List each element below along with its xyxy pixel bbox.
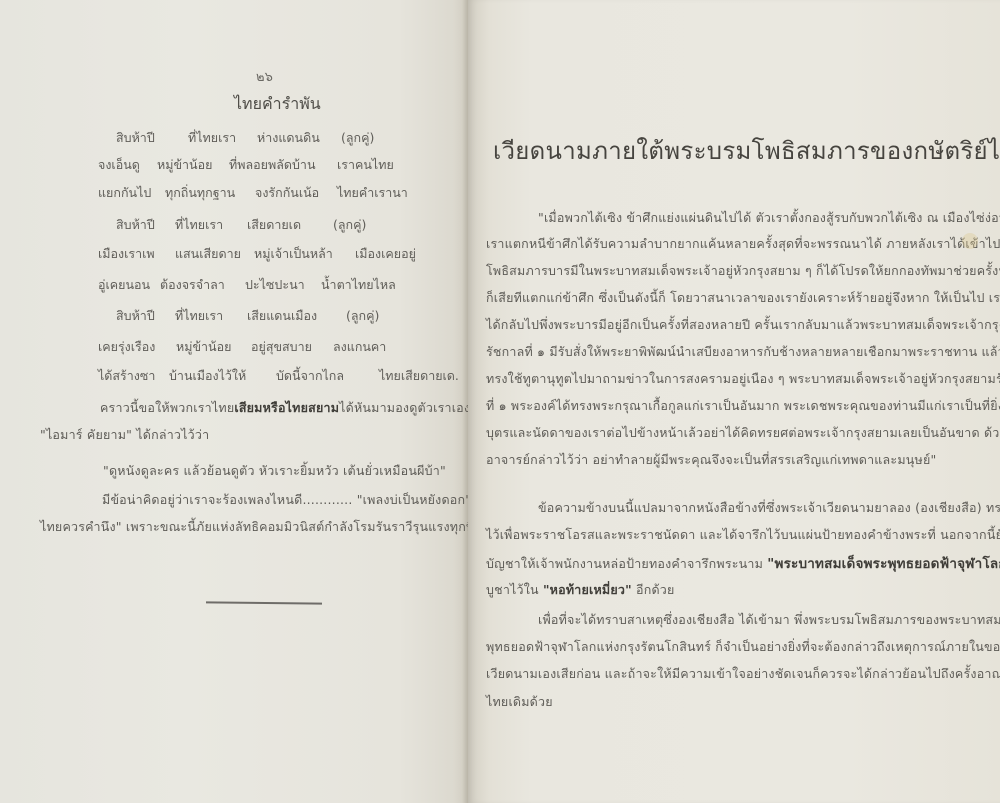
paragraph-line: เวียดนามเองเสียก่อน และถ้าจะให้มีความเข้… (486, 664, 1000, 684)
section-separator-line (206, 601, 322, 604)
poem-line: เคยรุ่งเรือง หมู่ข้าน้อย อยู่สุขสบาย ลงแ… (98, 337, 386, 357)
poem-word: ลงแกนคา (333, 337, 386, 357)
poem-line: อู่เคยนอน ต้องจรจำลา ปะไซปะนา น้ำตาไทยไห… (98, 275, 396, 295)
poem-word: (ลูกคู่) (341, 128, 374, 148)
poem-word: เมืองเคยอยู่ (355, 244, 416, 264)
poem-word: ห่างแดนดิน (257, 128, 341, 148)
poem-line: สิบห้าปี ที่ไทยเรา เสียดายเด (ลูกคู่) (116, 215, 366, 235)
poem-title: ไทยคำรำพัน (234, 92, 321, 117)
right-page: เวียดนามภายใต้พระบรมโพธิสมภารของกษัตริย์… (468, 0, 1000, 803)
paragraph-line: คราวนี้ขอให้พวกเราไทยเสียมหรือไทยสยามได้… (100, 398, 468, 418)
poem-line: ได้สร้างซา บ้านเมืองไว้ให้ บัดนี้จากไกล … (98, 366, 459, 386)
paragraph-line: ที่ ๑ พระองค์ได้ทรงพระกรุณาเกื้อกูลแก่เร… (486, 396, 1000, 416)
paragraph-line: ทรงใช้ทูตานุทูตไปมาถามข่าวในการสงครามอยู… (486, 369, 1000, 389)
bold-text-run: "พระบาทสมเด็จพระพุทธยอดฟ้าจุฬาโลก" (767, 556, 1000, 572)
poem-word: ต้องจรจำลา (160, 275, 245, 295)
paragraph-line: เพื่อที่จะได้ทราบสาเหตุซึ่งองเชียงสือ ได… (538, 610, 1000, 630)
open-book-spread: ๒๖ ไทยคำรำพัน สิบห้าปี ที่ไทยเรา ห่างแดน… (0, 0, 1000, 803)
page-number: ๒๖ (256, 66, 273, 87)
text-run: ได้หันมามองดูตัวเราเองบ้างดังที่ (339, 400, 468, 415)
quote-line: "ดูหนังดูละคร แล้วย้อนดูตัว หัวเราะยิ้มห… (103, 461, 446, 481)
paragraph-line: "เมื่อพวกไต้เซิง ข้าศึกแย่งแผ่นดินไปได้ … (538, 208, 1000, 228)
paragraph-line: เราแตกหนีข้าศึกได้รับความลำบากยากแค้นหลา… (486, 234, 1000, 254)
poem-line: แยกกันไป ทุกถิ่นทุกฐาน จงรักกันเน้อ ไทยค… (98, 183, 408, 203)
poem-word: แยกกันไป (98, 183, 165, 203)
poem-word: ได้สร้างซา (98, 366, 169, 386)
poem-word: ที่พลอยพลัดบ้าน (229, 155, 337, 175)
poem-line: สิบห้าปี ที่ไทยเรา เสียแดนเมือง (ลูกคู่) (116, 306, 379, 326)
text-run: บูชาไว้ใน (486, 582, 543, 597)
poem-word: เสียดายเด (247, 215, 333, 235)
paragraph-line: โพธิสมภารบารมีในพระบาทสมเด็จพระเจ้าอยู่ห… (486, 261, 1000, 281)
poem-word: อยู่สุขสบาย (251, 337, 333, 357)
bold-text-run: เสียมหรือไทยสยาม (234, 400, 339, 415)
poem-word: บ้านเมืองไว้ให้ (169, 366, 276, 386)
poem-word: ปะไซปะนา (245, 275, 321, 295)
poem-line: เมืองเราเพ แสนเสียดาย หมู่เจ้าเป็นหล้า เ… (98, 244, 416, 264)
poem-word: ที่ไทยเรา (188, 128, 257, 148)
paragraph-line: พุทธยอดฟ้าจุฬาโลกแห่งกรุงรัตนโกสินทร์ ก็… (486, 637, 1000, 657)
poem-word: ทุกถิ่นทุกฐาน (165, 183, 255, 203)
paragraph-line: บูชาไว้ใน "หอท้ายเหมี่ยว" อีกด้วย (486, 580, 675, 600)
paragraph-line: รัชกาลที่ ๑ มีรับสั่งให้พระยาพิพัฒน์นำเส… (486, 342, 1000, 362)
chapter-title: เวียดนามภายใต้พระบรมโพธิสมภารของกษัตริย์… (493, 131, 1000, 170)
left-page: ๒๖ ไทยคำรำพัน สิบห้าปี ที่ไทยเรา ห่างแดน… (0, 0, 468, 803)
paper-stain (962, 233, 978, 249)
poem-word: จงรักกันเน้อ (255, 183, 337, 203)
poem-word: สิบห้าปี (116, 215, 175, 235)
paragraph-line: "ไอมาร์ คัยยาม" ได้กล่าวไว้ว่า (40, 425, 209, 445)
poem-word: ที่ไทยเรา (175, 215, 247, 235)
poem-word: หมู่เจ้าเป็นหล้า (254, 244, 355, 264)
text-run: คราวนี้ขอให้พวกเราไทย (100, 400, 234, 415)
text-run: บัญชาให้เจ้าพนักงานหล่อป้ายทองคำจารึกพระ… (486, 556, 767, 571)
poem-word: เคยรุ่งเรือง (98, 337, 176, 357)
paragraph-line: ได้กลับไปพึ่งพระบารมีอยู่อีกเป็นครั้งที่… (486, 315, 1000, 335)
poem-word: สิบห้าปี (116, 128, 188, 148)
paragraph-line: ข้อความข้างบนนี้แปลมาจากหนังสือข้างที่ซึ… (538, 498, 1000, 518)
text-run: อีกด้วย (632, 582, 675, 597)
poem-line: จงเอ็นดู หมู่ข้าน้อย ที่พลอยพลัดบ้าน เรา… (98, 155, 394, 175)
paragraph-line: ก็เสียทีแตกแก่ข้าศึก ซึ่งเป็นดังนี้ก็ โด… (486, 288, 1000, 308)
poem-word: ไทยเสียดายเด. (379, 366, 459, 386)
poem-word: ที่ไทยเรา (175, 306, 247, 326)
poem-word: บัดนี้จากไกล (276, 366, 379, 386)
poem-word: แสนเสียดาย (175, 244, 254, 264)
poem-word: เสียแดนเมือง (247, 306, 346, 326)
paragraph-line: ไทยเดิมด้วย (486, 692, 553, 712)
poem-word: เราคนไทย (337, 155, 394, 175)
poem-word: น้ำตาไทยไหล (321, 275, 396, 295)
paragraph-line: บัญชาให้เจ้าพนักงานหล่อป้ายทองคำจารึกพระ… (486, 552, 1000, 574)
poem-word: (ลูกคู่) (333, 215, 366, 235)
paragraph-line: ไทยควรคำนึง" เพราะขณะนี้ภัยแห่งลัทธิคอมม… (40, 517, 468, 537)
paragraph-line: บุตรและนัดดาของเราต่อไปข้างหน้าเล้วอย่าไ… (486, 423, 1000, 443)
paragraph-line: มีข้อน่าคิดอยู่ว่าเราจะร้องเพลงไหนดี....… (102, 490, 468, 510)
poem-line: สิบห้าปี ที่ไทยเรา ห่างแดนดิน (ลูกคู่) (116, 128, 374, 148)
paragraph-line: อาจารย์กล่าวไว้ว่า อย่าทำลายผู้มีพระคุณจ… (486, 450, 936, 470)
poem-word: หมู่ข้าน้อย (176, 337, 251, 357)
poem-word: จงเอ็นดู (98, 155, 157, 175)
poem-word: เมืองเราเพ (98, 244, 175, 264)
poem-word: หมู่ข้าน้อย (157, 155, 229, 175)
poem-word: สิบห้าปี (116, 306, 175, 326)
poem-word: อู่เคยนอน (98, 275, 160, 295)
poem-word: ไทยคำเรานา (337, 183, 408, 203)
poem-word: (ลูกคู่) (346, 306, 379, 326)
paragraph-line: ไว้เพื่อพระราชโอรสและพระราชนัดดา และได้จ… (486, 525, 1000, 545)
bold-text-run: "หอท้ายเหมี่ยว" (543, 582, 632, 597)
